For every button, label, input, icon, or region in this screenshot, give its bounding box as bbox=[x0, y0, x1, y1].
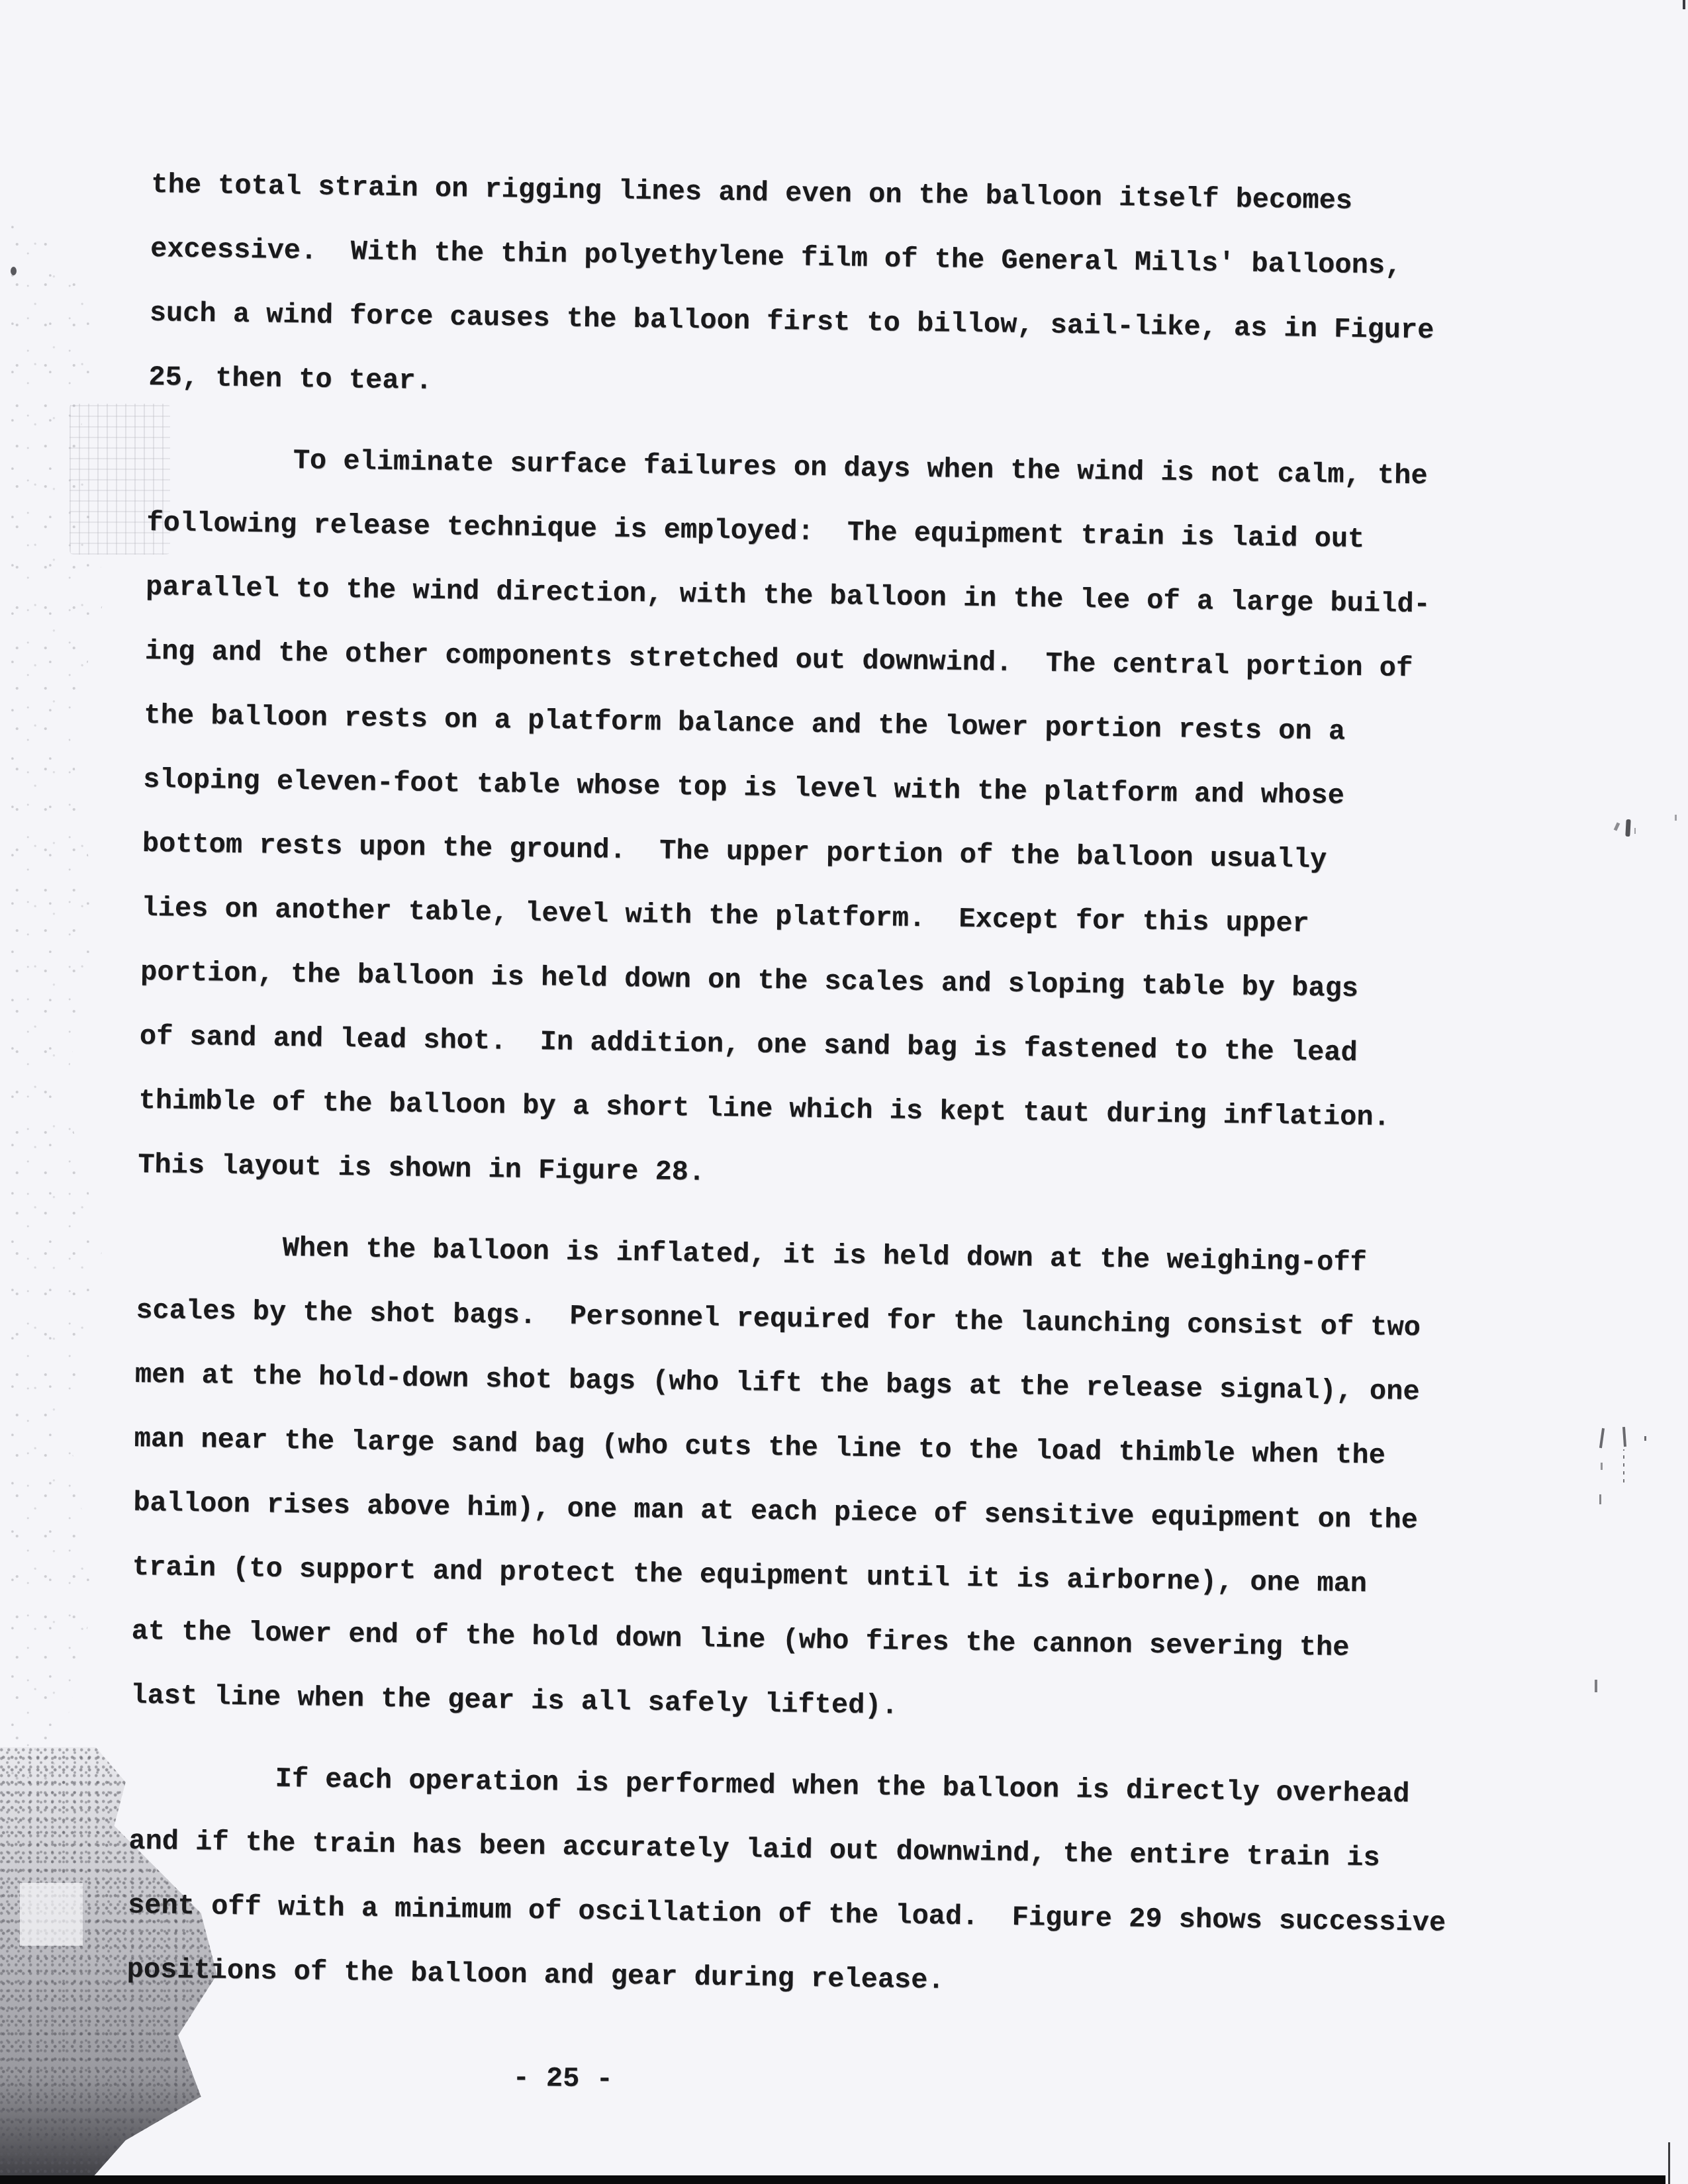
scan-speck bbox=[1675, 815, 1677, 821]
paragraph-1: the total strain on rigging lines and ev… bbox=[148, 153, 1575, 429]
smudge-light-spot bbox=[20, 1883, 83, 1946]
paragraph-4: If each operation is performed when the … bbox=[126, 1745, 1553, 2021]
typewritten-text: the total strain on rigging lines and ev… bbox=[125, 0, 1577, 2124]
page-number: - 25 - bbox=[512, 2046, 1549, 2124]
scan-speck bbox=[1599, 1494, 1601, 1504]
paragraph-3: When the balloon is inflated, it is held… bbox=[130, 1214, 1560, 1747]
scan-speck bbox=[1683, 0, 1685, 9]
scan-speck bbox=[1622, 1427, 1626, 1447]
scan-speck bbox=[11, 267, 17, 275]
scanned-page: the total strain on rigging lines and ev… bbox=[0, 0, 1688, 2184]
paragraph-2: To eliminate surface failures on days wh… bbox=[138, 427, 1571, 1216]
scan-speck bbox=[1601, 1463, 1603, 1470]
scan-speck bbox=[1595, 1680, 1597, 1692]
scan-speck bbox=[1623, 1449, 1624, 1482]
bottom-scan-bar bbox=[0, 2175, 1665, 2184]
bottom-right-scan-line bbox=[1668, 2142, 1670, 2184]
scan-speck bbox=[1599, 1428, 1605, 1448]
scan-speck bbox=[1644, 1436, 1646, 1441]
scan-speck bbox=[1634, 828, 1636, 834]
scan-speck bbox=[1614, 823, 1620, 831]
scan-speck bbox=[1625, 819, 1630, 837]
